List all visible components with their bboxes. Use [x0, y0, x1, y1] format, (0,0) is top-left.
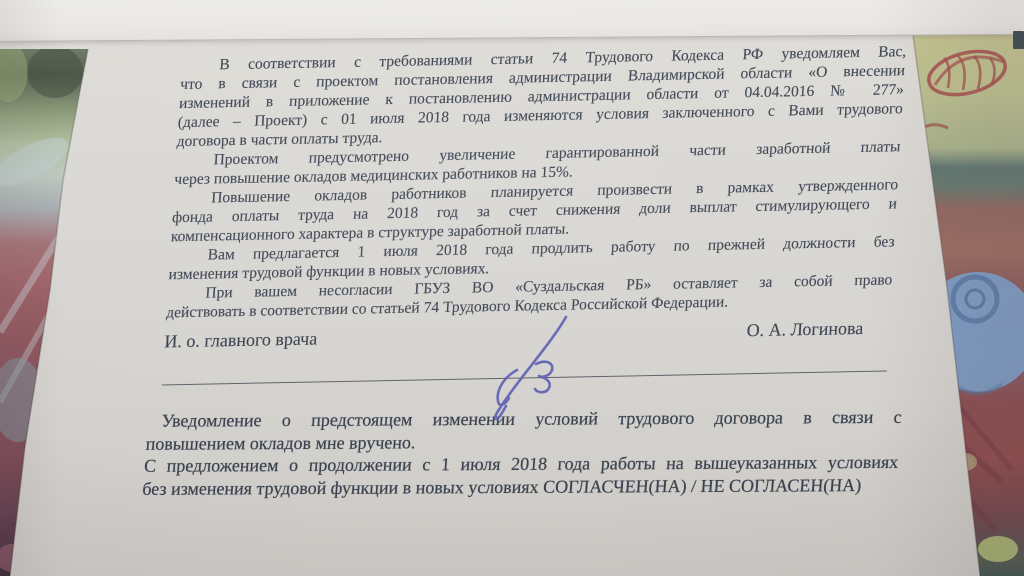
ack-line: С предложением о продолжении с 1 июля 20…: [143, 451, 899, 477]
stem-motif: [905, 125, 948, 148]
acknowledgment-block: Уведомление о предстоящем изменении усло…: [142, 406, 903, 500]
letter-sheet: В соответствии с требованиями статьи 74 …: [155, 42, 907, 500]
green-patch: [0, 42, 28, 102]
paper-edge-shadow-right: [913, 35, 980, 576]
paragraph-notice: В соответствии с требованиями статьи 74 …: [176, 42, 907, 151]
painted-corner-mark: [1013, 31, 1024, 49]
signature-line: [162, 371, 887, 386]
green-patch: [978, 536, 1018, 562]
dark-smudge: [27, 46, 83, 98]
leaf-motif: [924, 44, 1009, 102]
signatory-role: И. о. главного врача: [164, 327, 318, 352]
ack-line: Уведомление о предстоящем изменении усло…: [147, 406, 903, 432]
signature-row: И. о. главного врача О. А. Логинова: [164, 316, 890, 352]
painted-edge-right: [900, 0, 1024, 576]
signatory-name: О. А. Логинова: [746, 317, 864, 341]
photo-of-document: В соответствии с требованиями статьи 74 …: [0, 0, 1024, 576]
flower-motif: [918, 272, 1024, 393]
paper-edge-shadow-left: [10, 49, 88, 576]
painted-edge-left: [0, 0, 100, 576]
backing-sheet-edge: [0, 0, 1024, 42]
teal-patch: [0, 358, 44, 442]
ack-line: без изменения трудовой функции в новых у…: [142, 473, 898, 499]
